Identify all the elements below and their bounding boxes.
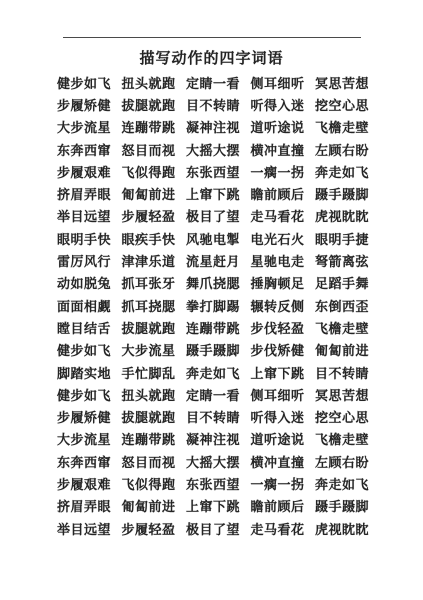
idiom: 挖空心思 (315, 95, 369, 114)
idiom: 极目了望 (186, 519, 240, 538)
idiom: 步履轻盈 (121, 519, 175, 538)
idiom: 虎视眈眈 (315, 519, 369, 538)
idiom: 捶胸顿足 (250, 273, 304, 292)
idiom: 挖空心思 (315, 407, 369, 426)
idiom: 听得入迷 (250, 95, 304, 114)
idiom: 步履矫健 (57, 407, 111, 426)
idiom: 飞檐走壁 (315, 318, 369, 337)
idiom: 飞似得跑 (121, 162, 175, 181)
idiom-row: 东奔西窜怒目而视大摇大摆横冲直撞左顾右盼 (57, 138, 369, 160)
idiom: 走马看花 (250, 206, 304, 225)
idiom: 大步流星 (57, 429, 111, 448)
idiom: 举目远望 (57, 206, 111, 225)
idiom: 定睛一看 (186, 385, 240, 404)
idiom: 上窜下跳 (186, 496, 240, 515)
idiom-row: 脚踏实地手忙脚乱奔走如飞上窜下跳目不转睛 (57, 361, 369, 383)
idiom-row: 步履矫健拔腿就跑目不转睛听得入迷挖空心思 (57, 405, 369, 427)
idiom: 扭头就跑 (121, 385, 175, 404)
idiom: 星驰电走 (250, 251, 304, 270)
header-rule (63, 37, 361, 38)
page-title: 描写动作的四字词语 (0, 47, 423, 68)
idiom: 瞻前顾后 (250, 496, 304, 515)
idiom: 扭头就跑 (121, 73, 175, 92)
idiom: 飞似得跑 (121, 474, 175, 493)
idiom: 蹑手蹑脚 (186, 340, 240, 359)
idiom: 大步流星 (121, 340, 175, 359)
idiom: 奔走如飞 (315, 162, 369, 181)
idiom: 眼疾手快 (121, 229, 175, 248)
idiom: 风驰电掣 (186, 229, 240, 248)
idiom: 挤眉弄眼 (57, 184, 111, 203)
idiom: 弩箭离弦 (315, 251, 369, 270)
idiom: 蹑手蹑脚 (315, 496, 369, 515)
idiom: 听得入迷 (250, 407, 304, 426)
idiom: 大摇大摆 (186, 140, 240, 159)
idiom: 怒目而视 (121, 140, 175, 159)
idiom: 辗转反侧 (250, 296, 304, 315)
idiom: 拳打脚踢 (186, 296, 240, 315)
idiom: 一瘸一拐 (250, 162, 304, 181)
idiom: 奔走如飞 (186, 363, 240, 382)
idiom: 横冲直撞 (250, 452, 304, 471)
idiom: 上窜下跳 (186, 184, 240, 203)
idiom-row: 动如脱兔抓耳张牙舞爪挠腮捶胸顿足足蹈手舞 (57, 272, 369, 294)
idiom: 左顾右盼 (315, 140, 369, 159)
idiom: 面面相觑 (57, 296, 111, 315)
idiom: 雷厉风行 (57, 251, 111, 270)
idiom-list: 健步如飞扭头就跑定睛一看侧耳细听冥思苦想步履矫健拔腿就跑目不转睛听得入迷挖空心思… (57, 71, 369, 539)
idiom: 冥思苦想 (315, 73, 369, 92)
document-page: 描写动作的四字词语 健步如飞扭头就跑定睛一看侧耳细听冥思苦想步履矫健拔腿就跑目不… (0, 0, 423, 600)
idiom: 健步如飞 (57, 340, 111, 359)
idiom: 瞻前顾后 (250, 184, 304, 203)
idiom-row: 举目远望步履轻盈极目了望走马看花虎视眈眈 (57, 517, 369, 539)
idiom: 抓耳张牙 (121, 273, 175, 292)
idiom: 连蹦带跳 (121, 117, 175, 136)
idiom-row: 步履矫健拔腿就跑目不转睛听得入迷挖空心思 (57, 93, 369, 115)
idiom: 侧耳细听 (250, 385, 304, 404)
idiom: 津津乐道 (121, 251, 175, 270)
idiom: 极目了望 (186, 206, 240, 225)
idiom-row: 大步流星连蹦带跳凝神注视道听途说飞檐走壁 (57, 428, 369, 450)
idiom-row: 健步如飞大步流星蹑手蹑脚步伐矫健匍匐前进 (57, 339, 369, 361)
idiom: 瞠目结舌 (57, 318, 111, 337)
idiom: 步履艰难 (57, 474, 111, 493)
idiom-row: 瞠目结舌拔腿就跑连蹦带跳步伐轻盈飞檐走壁 (57, 316, 369, 338)
idiom: 虎视眈眈 (315, 206, 369, 225)
idiom: 横冲直撞 (250, 140, 304, 159)
idiom: 大摇大摆 (186, 452, 240, 471)
idiom: 拔腿就跑 (121, 95, 175, 114)
idiom: 大步流星 (57, 117, 111, 136)
idiom: 舞爪挠腮 (186, 273, 240, 292)
idiom: 东奔西窜 (57, 140, 111, 159)
idiom: 飞檐走壁 (315, 429, 369, 448)
idiom: 东倒西歪 (315, 296, 369, 315)
idiom: 飞檐走壁 (315, 117, 369, 136)
idiom: 凝神注视 (186, 429, 240, 448)
idiom-row: 挤眉弄眼匍匐前进上窜下跳瞻前顾后蹑手蹑脚 (57, 182, 369, 204)
idiom-row: 挤眉弄眼匍匐前进上窜下跳瞻前顾后蹑手蹑脚 (57, 495, 369, 517)
idiom: 举目远望 (57, 519, 111, 538)
idiom: 拔腿就跑 (121, 407, 175, 426)
idiom-row: 东奔西窜怒目而视大摇大摆横冲直撞左顾右盼 (57, 450, 369, 472)
idiom-row: 举目远望步履轻盈极目了望走马看花虎视眈眈 (57, 205, 369, 227)
idiom: 手忙脚乱 (121, 363, 175, 382)
idiom: 目不转睛 (315, 363, 369, 382)
idiom: 步履艰难 (57, 162, 111, 181)
idiom: 东张西望 (186, 474, 240, 493)
idiom: 目不转睛 (186, 95, 240, 114)
idiom: 健步如飞 (57, 73, 111, 92)
idiom-row: 面面相觑抓耳挠腮拳打脚踢辗转反侧东倒西歪 (57, 294, 369, 316)
idiom: 侧耳细听 (250, 73, 304, 92)
idiom: 眼明手捷 (315, 229, 369, 248)
idiom: 挤眉弄眼 (57, 496, 111, 515)
idiom-row: 大步流星连蹦带跳凝神注视道听途说飞檐走壁 (57, 116, 369, 138)
idiom: 怒目而视 (121, 452, 175, 471)
idiom: 匍匐前进 (121, 496, 175, 515)
idiom: 蹑手蹑脚 (315, 184, 369, 203)
idiom-row: 眼明手快眼疾手快风驰电掣电光石火眼明手捷 (57, 227, 369, 249)
idiom: 冥思苦想 (315, 385, 369, 404)
idiom-row: 雷厉风行津津乐道流星赶月星驰电走弩箭离弦 (57, 249, 369, 271)
idiom: 道听途说 (250, 117, 304, 136)
idiom-row: 步履艰难飞似得跑东张西望一瘸一拐奔走如飞 (57, 160, 369, 182)
idiom: 步履矫健 (57, 95, 111, 114)
idiom: 一瘸一拐 (250, 474, 304, 493)
idiom: 定睛一看 (186, 73, 240, 92)
idiom: 足蹈手舞 (315, 273, 369, 292)
idiom: 道听途说 (250, 429, 304, 448)
idiom: 东奔西窜 (57, 452, 111, 471)
idiom: 匍匐前进 (121, 184, 175, 203)
idiom: 抓耳挠腮 (121, 296, 175, 315)
idiom-row: 健步如飞扭头就跑定睛一看侧耳细听冥思苦想 (57, 383, 369, 405)
idiom: 上窜下跳 (250, 363, 304, 382)
idiom: 步履轻盈 (121, 206, 175, 225)
idiom: 匍匐前进 (315, 340, 369, 359)
idiom: 眼明手快 (57, 229, 111, 248)
idiom: 凝神注视 (186, 117, 240, 136)
idiom: 流星赶月 (186, 251, 240, 270)
idiom: 电光石火 (250, 229, 304, 248)
idiom: 走马看花 (250, 519, 304, 538)
idiom-row: 健步如飞扭头就跑定睛一看侧耳细听冥思苦想 (57, 71, 369, 93)
idiom: 步伐轻盈 (250, 318, 304, 337)
idiom-row: 步履艰难飞似得跑东张西望一瘸一拐奔走如飞 (57, 472, 369, 494)
idiom: 拔腿就跑 (121, 318, 175, 337)
idiom: 左顾右盼 (315, 452, 369, 471)
idiom: 奔走如飞 (315, 474, 369, 493)
idiom: 东张西望 (186, 162, 240, 181)
idiom: 连蹦带跳 (186, 318, 240, 337)
idiom: 目不转睛 (186, 407, 240, 426)
idiom: 健步如飞 (57, 385, 111, 404)
idiom: 步伐矫健 (250, 340, 304, 359)
idiom: 脚踏实地 (57, 363, 111, 382)
idiom: 连蹦带跳 (121, 429, 175, 448)
idiom: 动如脱兔 (57, 273, 111, 292)
